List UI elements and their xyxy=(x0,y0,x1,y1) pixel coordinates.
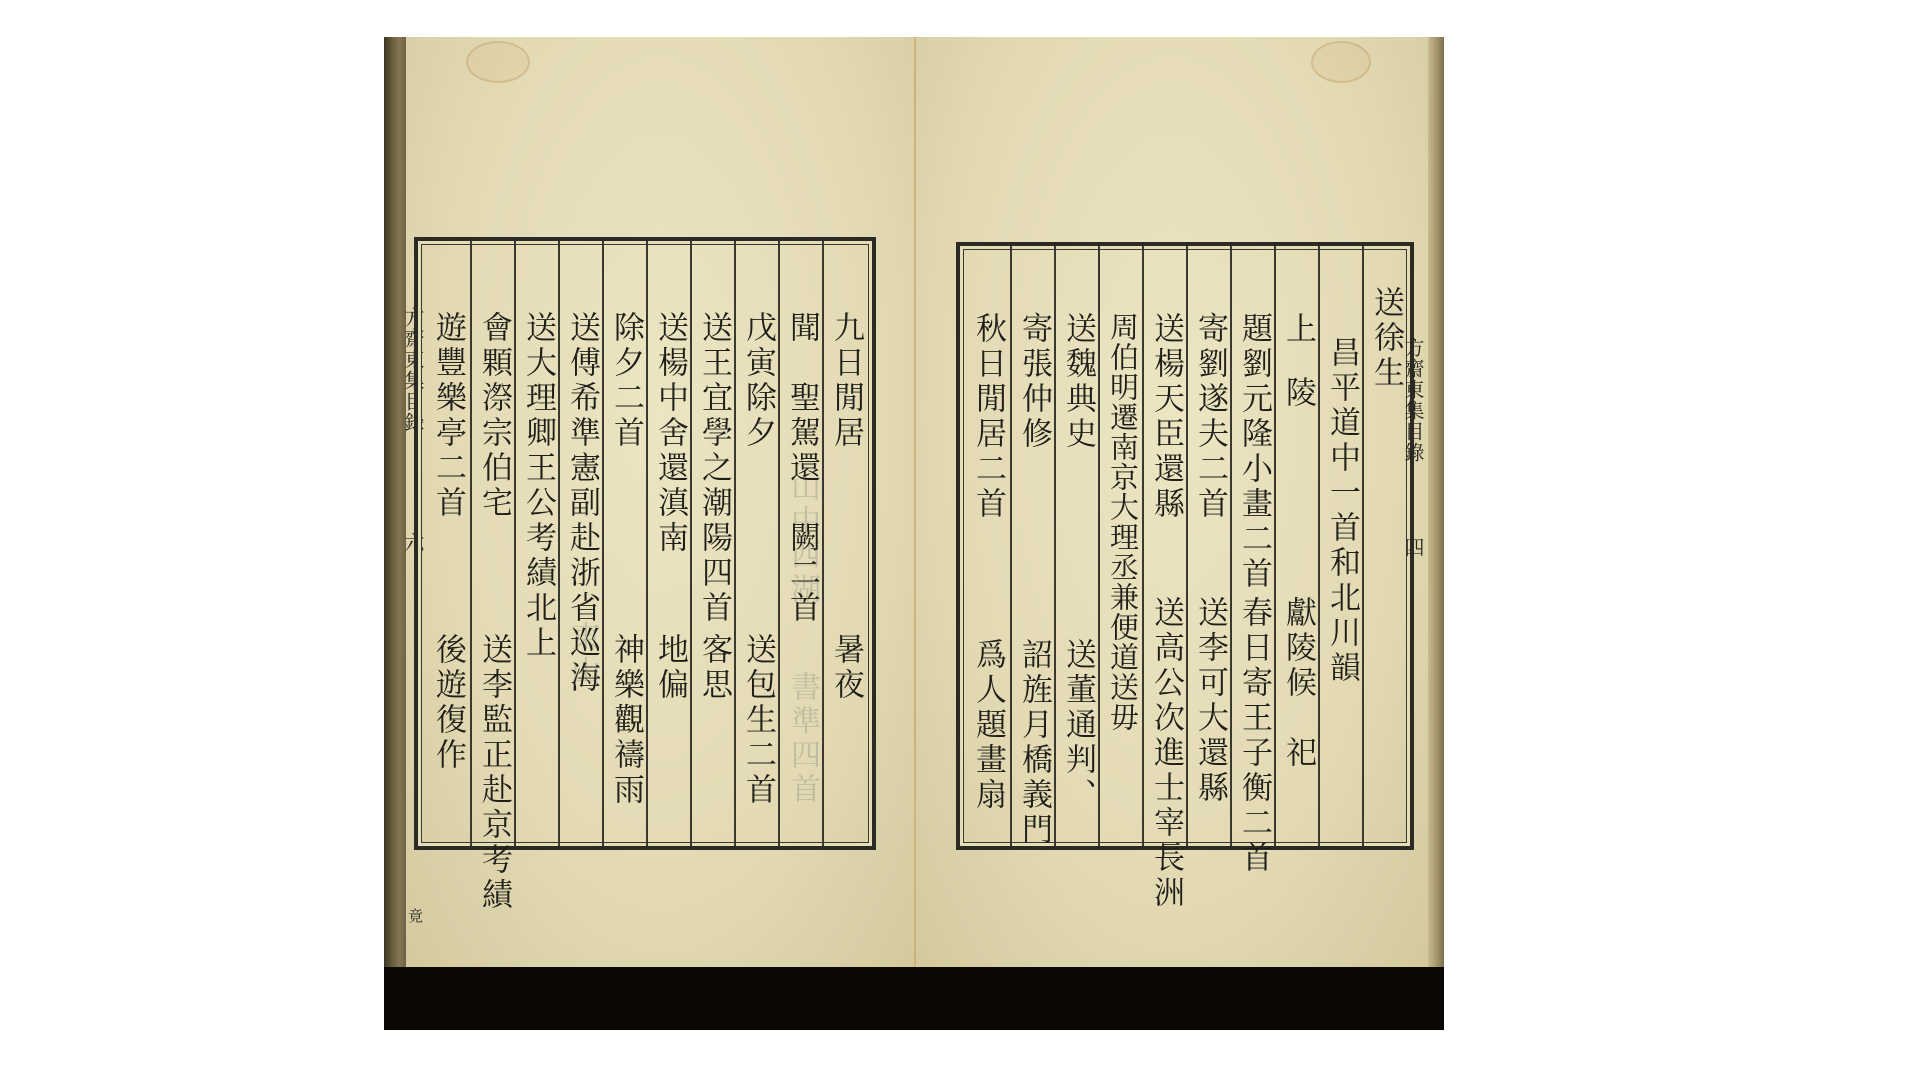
column-4: 題劉元隆小畫二首 春日寄王子衡二首 xyxy=(1230,246,1276,846)
column-3: 戊寅除夕 送包生二首 山中西湖 xyxy=(734,241,780,846)
entry-top: 寄劉遂夫二首 xyxy=(1188,312,1232,522)
entry-bottom: 獻陵候 祀 xyxy=(1276,596,1320,771)
entry-bottom: 地偏 xyxy=(648,633,692,703)
column-9: 會顆漈宗伯宅 送李監正赴京考績 xyxy=(470,241,516,846)
entry-top: 周伯明遷南京大理丞兼便道送毋 xyxy=(1100,312,1144,732)
water-stain xyxy=(1311,41,1371,83)
entry-bottom: 送高公次進士宰長洲 xyxy=(1144,596,1188,911)
right-margin-page-number: 四 xyxy=(1406,537,1428,558)
right-page-stack-edge xyxy=(1428,37,1444,967)
right-page: 秋日閒居二首 爲人題畫扇 寄張仲修 詔旌月橋義門 送魏典史 送董通判、 周伯明遷… xyxy=(916,37,1428,967)
entry-top: 秋日閒居二首 xyxy=(966,312,1010,522)
column-4: 送王宜學之潮陽四首 客思 xyxy=(690,241,736,846)
entry-middle: 陵 xyxy=(1276,376,1320,411)
book-scan: 方齋東集目錄 六 竟 遊豐樂亭二首 後遊復作 會顆漈宗伯宅 送李監正赴京考績 送… xyxy=(384,37,1444,1030)
column-3: 上 陵 獻陵候 祀 xyxy=(1274,246,1320,846)
column-10: 遊豐樂亭二首 後遊復作 xyxy=(426,241,470,846)
entry-bottom: 神樂觀禱雨 xyxy=(604,633,648,808)
entry-top: 除夕二首 xyxy=(604,311,648,451)
column-5: 寄劉遂夫二首 送李可大還縣 xyxy=(1186,246,1232,846)
entry-top: 送楊中舍還滇南 xyxy=(648,311,692,556)
entry-bottom: 春日寄王子衡二首 xyxy=(1232,596,1276,876)
entry-bottom: 爲人題畫扇 xyxy=(966,638,1010,813)
entry-top: 戊寅除夕 xyxy=(736,311,780,451)
right-margin-title: 方齋東集目錄 xyxy=(1406,337,1428,463)
entry-top: 送楊天臣還縣 xyxy=(1144,312,1188,522)
entry-top: 送王宜學之潮陽四首 xyxy=(692,311,736,626)
entry-top: 遊豐樂亭二首 xyxy=(426,311,470,521)
entry-bottom: 後遊復作 xyxy=(426,633,470,773)
entry-top: 會顆漈宗伯宅 xyxy=(472,311,516,521)
entry-top: 上 xyxy=(1276,312,1320,347)
column-2: 聞 聖駕還 闕二首 書準四首 xyxy=(778,241,824,846)
column-8: 送大理卿王公考績北上 xyxy=(514,241,560,846)
bleed-through-text: 書準四首 xyxy=(780,671,824,807)
entry-top: 寄張仲修 xyxy=(1012,312,1056,452)
entry-bottom: 送李可大還縣 xyxy=(1188,596,1232,806)
column-2: 昌平道中一首和北川韻 xyxy=(1318,246,1364,846)
entry-bottom: 送李監正赴京考績 xyxy=(472,633,516,913)
entry-top: 昌平道中一首和北川韻 xyxy=(1320,336,1364,686)
left-margin-bottom-mark: 竟 xyxy=(408,905,423,926)
entry-bottom: 暑夜 xyxy=(824,633,868,703)
column-6: 除夕二首 神樂觀禱雨 xyxy=(602,241,648,846)
bleed-through-text: 東山 xyxy=(560,621,604,689)
entry-top: 題劉元隆小畫二首 xyxy=(1232,312,1276,592)
entry-top: 送大理卿王公考績北上 xyxy=(516,311,560,661)
column-10: 秋日閒居二首 爲人題畫扇 xyxy=(966,246,1010,846)
entry-bottom: 送包生二首 xyxy=(736,633,780,808)
column-6: 送楊天臣還縣 送高公次進士宰長洲 xyxy=(1142,246,1188,846)
entry-top: 送魏典史 xyxy=(1056,312,1100,452)
left-page: 方齋東集目錄 六 竟 遊豐樂亭二首 後遊復作 會顆漈宗伯宅 送李監正赴京考績 送… xyxy=(406,37,916,967)
water-stain xyxy=(466,41,530,83)
entry-bottom: 詔旌月橋義門 xyxy=(1012,638,1056,848)
column-5: 送楊中舍還滇南 地偏 xyxy=(646,241,692,846)
entry-bottom: 客思 xyxy=(692,633,736,703)
column-8: 送魏典史 送董通判、 xyxy=(1054,246,1100,846)
entry-bottom: 送董通判、 xyxy=(1056,638,1100,813)
column-9: 寄張仲修 詔旌月橋義門 xyxy=(1010,246,1056,846)
column-7: 送傅希準憲副赴浙省巡海 東山 xyxy=(558,241,604,846)
left-page-frame: 遊豐樂亭二首 後遊復作 會顆漈宗伯宅 送李監正赴京考績 送大理卿王公考績北上 送… xyxy=(414,237,876,850)
left-page-stack-edge xyxy=(384,37,406,967)
right-page-frame: 秋日閒居二首 爲人題畫扇 寄張仲修 詔旌月橋義門 送魏典史 送董通判、 周伯明遷… xyxy=(956,242,1414,850)
column-7: 周伯明遷南京大理丞兼便道送毋 xyxy=(1098,246,1144,846)
entry-top: 聞 聖駕還 闕二首 xyxy=(780,311,824,626)
column-1: 九日閒居 暑夜 xyxy=(822,241,868,846)
entry-top: 九日閒居 xyxy=(824,311,868,451)
